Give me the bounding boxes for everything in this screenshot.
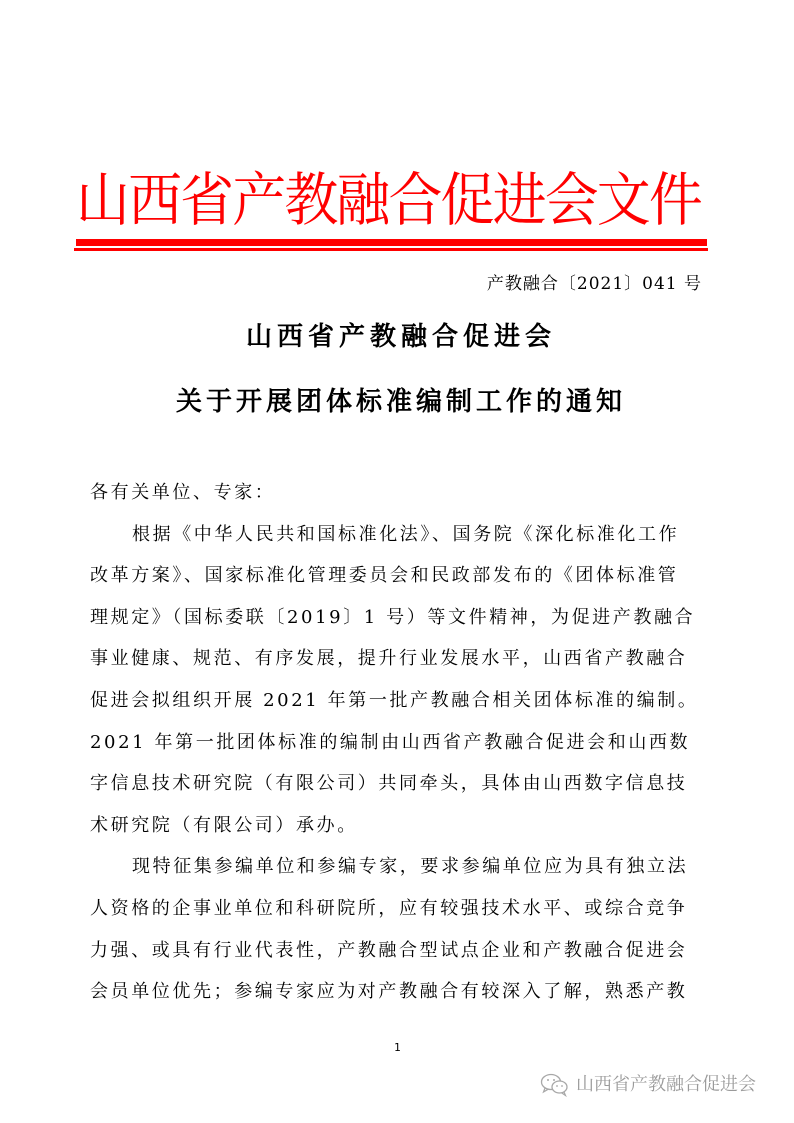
header-rule-thin xyxy=(74,248,708,251)
body-line: 现特征集参编单位和参编专家，要求参编单位应为具有独立法 xyxy=(90,852,704,894)
header-rule-thick xyxy=(76,239,707,246)
watermark-text: 山西省产教融合促进会 xyxy=(576,1073,756,1097)
body-line: 2021 年第一批团体标准的编制由山西省产教融合促进会和山西数 xyxy=(90,728,704,770)
body-line: 字信息技术研究院（有限公司）共同牵头，具体由山西数字信息技 xyxy=(90,769,704,811)
wechat-watermark: 山西省产教融合促进会 xyxy=(540,1073,756,1097)
body-line: 事业健康、规范、有序发展，提升行业发展水平，山西省产教融合 xyxy=(90,644,704,686)
body-line: 人资格的企事业单位和科研院所，应有较强技术水平、或综合竞争 xyxy=(90,894,704,936)
wechat-icon xyxy=(540,1073,570,1097)
document-page: 山西省产教融合促进会文件 产教融合〔2021〕041 号 山西省产教融合促进会 … xyxy=(0,0,794,1123)
document-header-title: 山西省产教融合促进会文件 xyxy=(76,164,664,236)
notice-heading-subject: 关于开展团体标准编制工作的通知 xyxy=(0,385,794,419)
page-number: 1 xyxy=(394,1041,401,1055)
notice-heading-organization: 山西省产教融合促进会 xyxy=(0,320,794,354)
body-line: 术研究院（有限公司）承办。 xyxy=(90,811,704,853)
body-line: 理规定》（国标委联〔2019〕1 号）等文件精神，为促进产教融合 xyxy=(90,603,704,645)
body-line: 会员单位优先；参编专家应为对产教融合有较深入了解，熟悉产教 xyxy=(90,977,704,1019)
body-line: 促进会拟组织开展 2021 年第一批产教融合相关团体标准的编制。 xyxy=(90,686,704,728)
body-line: 改革方案》、国家标准化管理委员会和民政部发布的《团体标准管 xyxy=(90,561,704,603)
salutation: 各有关单位、专家： xyxy=(90,478,704,520)
document-number: 产教融合〔2021〕041 号 xyxy=(487,272,702,296)
notice-body: 各有关单位、专家： 根据《中华人民共和国标准化法》、国务院《深化标准化工作 改革… xyxy=(90,478,704,1019)
body-line: 根据《中华人民共和国标准化法》、国务院《深化标准化工作 xyxy=(90,520,704,562)
body-line: 力强、或具有行业代表性，产教融合型试点企业和产教融合促进会 xyxy=(90,936,704,978)
